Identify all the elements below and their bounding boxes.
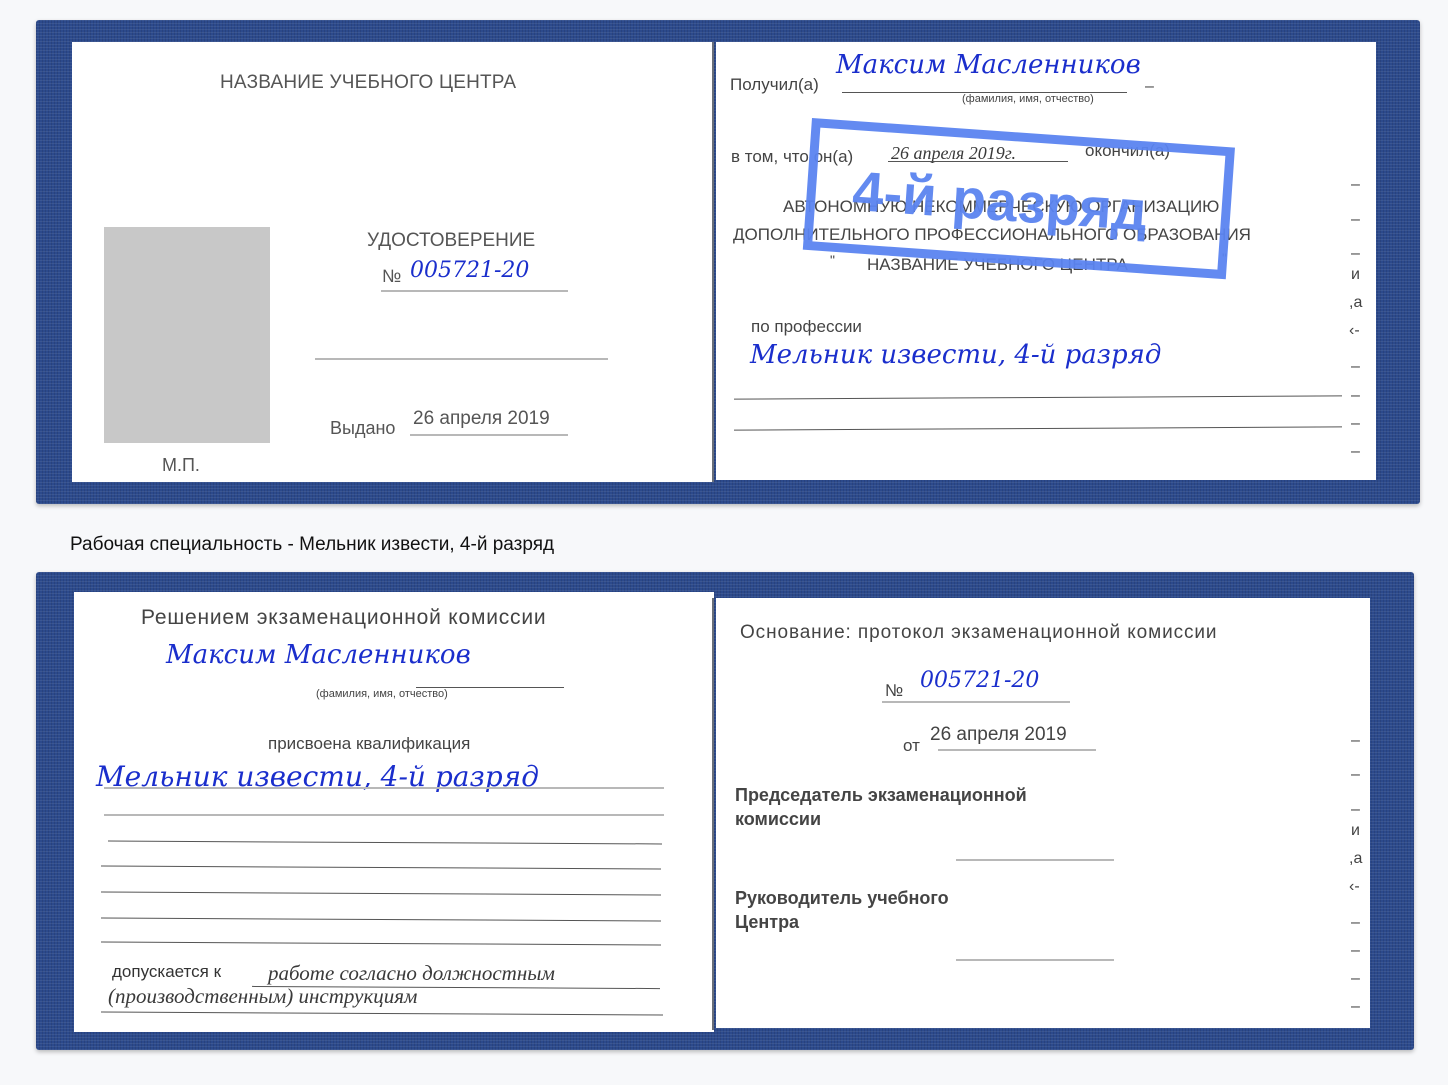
chairman-label-2: комиссии	[735, 809, 821, 830]
bottom-spine	[712, 598, 714, 1030]
chairman-signature-line	[956, 859, 1114, 861]
qualification-line-1	[104, 787, 664, 789]
issued-date: 26 апреля 2019	[413, 408, 550, 430]
protocol-number-underline	[882, 701, 1070, 703]
stamp-place-label: М.П.	[162, 455, 200, 476]
number-underline	[381, 290, 568, 292]
received-label: Получил(а)	[730, 75, 819, 95]
profession-value: Мельник извести, 4-й разряд	[750, 340, 1161, 370]
qualification-label: присвоена квалификация	[268, 734, 470, 754]
chairman-label-1: Председатель экзаменационной	[735, 785, 1027, 806]
profession-label: по профессии	[751, 317, 862, 337]
head-label-1: Руководитель учебного	[735, 888, 949, 909]
org-quote-open: "	[830, 252, 835, 268]
admitted-value-line-2: (производственным) инструкциям	[108, 984, 417, 1009]
fio-caption-bottom: (фамилия, имя, отчество)	[316, 688, 448, 700]
photo-placeholder	[104, 227, 270, 443]
decision-title: Решением экзаменационной комиссии	[141, 606, 546, 630]
document-title: УДОСТОВЕРЕНИЕ	[367, 230, 535, 252]
fio-caption: (фамилия, имя, отчество)	[962, 93, 1094, 105]
protocol-number: 005721-20	[920, 668, 1039, 693]
protocol-date: 26 апреля 2019	[930, 724, 1067, 746]
number-label: №	[382, 266, 401, 287]
from-label: от	[903, 736, 920, 756]
top-spine	[712, 42, 714, 482]
qualification-line-2	[104, 814, 664, 816]
recipient-dash: –	[1145, 78, 1154, 96]
head-label-2: Центра	[735, 912, 799, 933]
issued-label: Выдано	[330, 418, 395, 439]
person-name: Максим Масленников	[166, 640, 471, 670]
org-name-heading: НАЗВАНИЕ УЧЕБНОГО ЦЕНТРА	[220, 72, 516, 94]
recipient-name: Максим Масленников	[836, 50, 1141, 80]
certificate-number: 005721-20	[410, 258, 529, 283]
admitted-value-line-1: работе согласно должностным	[268, 961, 555, 986]
protocol-date-underline	[938, 749, 1096, 751]
basis-title: Основание: протокол экзаменационной коми…	[740, 622, 1217, 644]
head-signature-line	[956, 959, 1114, 961]
admitted-label: допускается к	[112, 962, 221, 982]
protocol-number-label: №	[885, 681, 903, 701]
signature-line	[315, 358, 608, 360]
issued-underline	[410, 434, 568, 436]
specialty-caption: Рабочая специальность - Мельник извести,…	[70, 534, 554, 556]
